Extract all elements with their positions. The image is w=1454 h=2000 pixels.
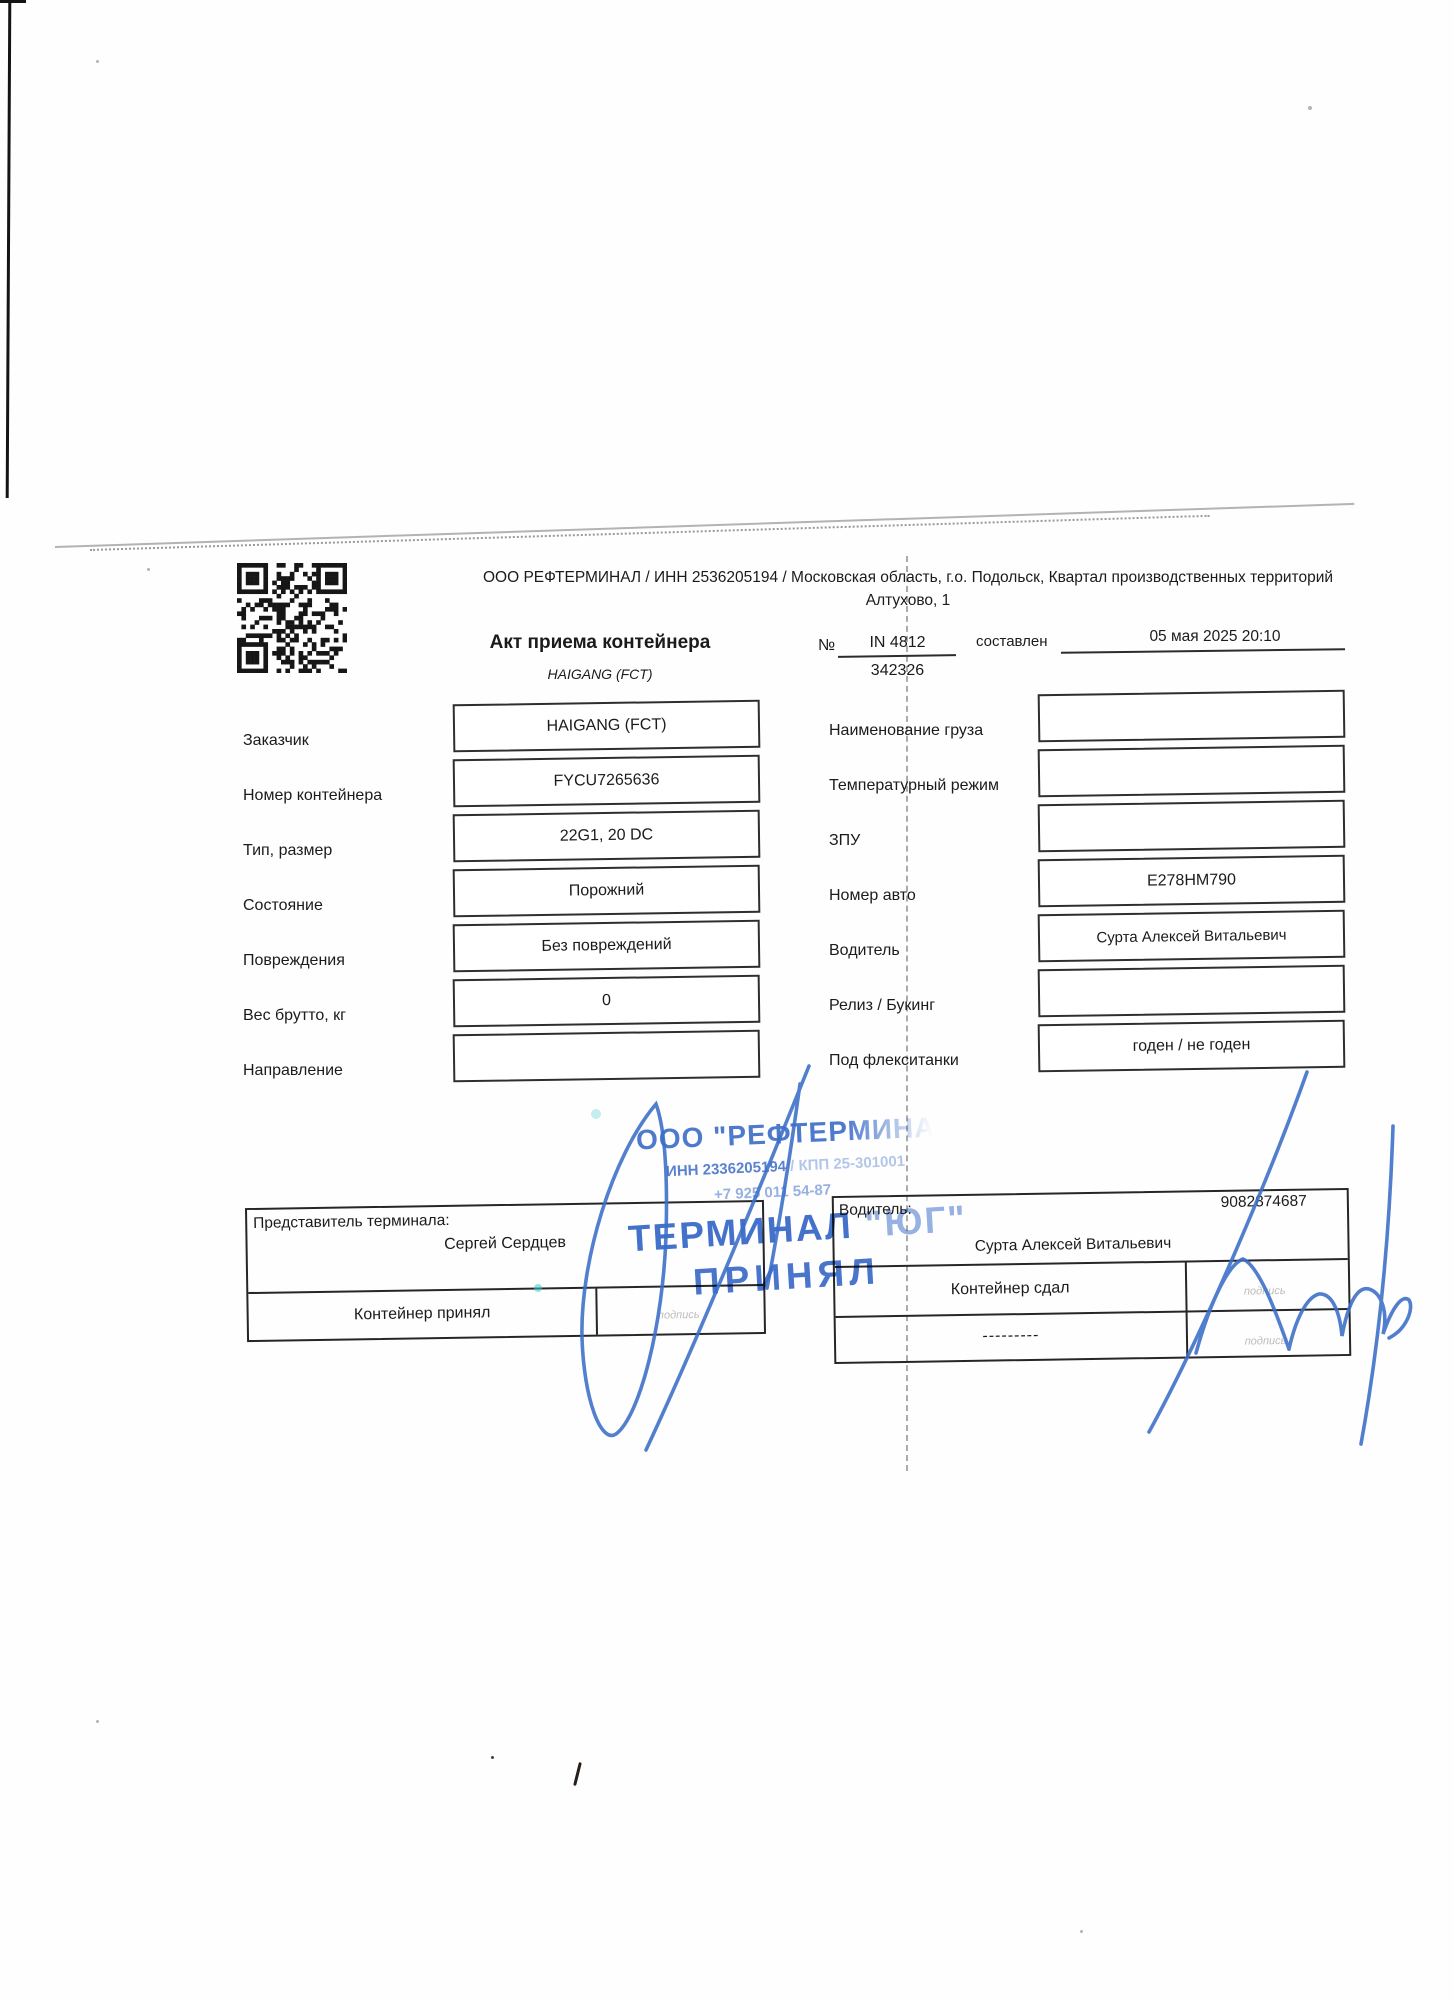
qr-code-icon [237, 563, 347, 673]
field-box-release-booking [1038, 965, 1346, 1018]
field-value-condition: Порожний [569, 881, 645, 900]
scan-edge-line [6, 0, 12, 498]
stray-ink-dot [491, 1756, 494, 1759]
stamp-phone: +7 925 011 54-87 [714, 1181, 832, 1203]
company-header-line2: Алтухово, 1 [462, 589, 1354, 612]
field-box-flexitank: годен / не годен [1038, 1020, 1346, 1073]
stamp-inn: ИНН 2336205194 [666, 1158, 787, 1180]
field-value-damages: Без повреждений [541, 936, 671, 956]
field-label-type-size: Тип, размер [243, 842, 332, 860]
field-label-temperature-mode: Температурный режим [829, 777, 999, 795]
composed-label: составлен [976, 633, 1048, 650]
dust-speck [147, 568, 150, 571]
field-label-driver: Водитель [829, 942, 900, 960]
stamp-terminal-yug: "ЮГ" [864, 1198, 969, 1245]
doc-number-value: IN 4812 [840, 634, 955, 652]
field-box-gross-weight: 0 [453, 975, 761, 1028]
field-box-seal [1038, 800, 1346, 853]
field-value-flexitank: годен / не годен [1133, 1036, 1251, 1056]
field-box-customer: HAIGANG (FCT) [453, 700, 761, 753]
dust-speck [1080, 1930, 1083, 1933]
driver-signature-stroke-4 [1361, 1126, 1393, 1444]
field-label-seal: ЗПУ [829, 832, 860, 850]
driver-signature-hint-2: подпись [1188, 1334, 1343, 1348]
field-box-container-number: FYCU7265636 [453, 755, 761, 808]
field-value-customer: HAIGANG (FCT) [546, 716, 666, 736]
scanned-document-page: ООО РЕФТЕРМИНАЛ / ИНН 2536205194 / Моско… [0, 0, 1454, 2000]
company-header-line1: ООО РЕФТЕРМИНАЛ / ИНН 2536205194 / Моско… [462, 566, 1354, 589]
field-box-condition: Порожний [453, 865, 761, 918]
dust-speck [96, 60, 99, 63]
terminal-action-cell: Контейнер принял [248, 1289, 596, 1340]
composed-date: 05 мая 2025 20:10 [1072, 628, 1358, 646]
driver-phone: 9082874687 [1221, 1193, 1307, 1212]
terminal-table-header: Представитель терминала: [253, 1212, 450, 1233]
driver-action-cell: Контейнер сдал [835, 1263, 1186, 1316]
field-box-type-size: 22G1, 20 DC [453, 810, 761, 863]
field-label-flexitank: Под флекситанки [829, 1052, 959, 1070]
field-box-direction [453, 1030, 761, 1083]
scan-fold-dotted-line [90, 515, 1210, 551]
doc-number-extra: 342326 [840, 662, 955, 680]
field-label-customer: Заказчик [243, 732, 309, 750]
stamp-inn-kpp: ИНН 2336205194 / КПП 25-301001 [666, 1153, 906, 1180]
field-label-truck-number: Номер авто [829, 887, 916, 905]
field-value-driver: Сурта Алексей Витальевич [1096, 926, 1286, 946]
terminal-signature-hint: подпись [598, 1308, 760, 1323]
field-label-direction: Направление [243, 1062, 343, 1080]
doc-number-underline [838, 654, 956, 658]
field-value-truck-number: Е278НМ790 [1147, 871, 1236, 890]
scan-edge-tick [0, 0, 26, 3]
document-title: Акт приема контейнера [454, 632, 746, 654]
field-value-type-size: 22G1, 20 DC [560, 826, 654, 845]
field-label-damages: Повреждения [243, 952, 345, 970]
company-header: ООО РЕФТЕРМИНАЛ / ИНН 2536205194 / Моско… [462, 566, 1354, 612]
field-box-temperature-mode [1038, 745, 1346, 798]
field-label-condition: Состояние [243, 897, 323, 915]
field-box-truck-number: Е278НМ790 [1038, 855, 1346, 908]
field-box-damages: Без повреждений [453, 920, 761, 973]
dust-speck [1308, 106, 1312, 110]
field-value-gross-weight: 0 [602, 992, 611, 1010]
field-box-driver: Сурта Алексей Витальевич [1038, 910, 1346, 963]
driver-signature-hint-1: подпись [1187, 1284, 1342, 1298]
composed-date-underline [1061, 648, 1345, 653]
field-label-gross-weight: Вес брутто, кг [243, 1007, 346, 1025]
field-label-cargo-name: Наименование груза [829, 722, 983, 740]
field-label-release-booking: Релиз / Букинг [829, 997, 935, 1015]
scan-fold-line [55, 503, 1354, 548]
field-box-cargo-name [1038, 690, 1346, 743]
stray-ink-mark [573, 1762, 582, 1786]
document-subtitle: HAIGANG (FCT) [454, 666, 746, 682]
field-value-container-number: FYCU7265636 [553, 771, 659, 791]
teal-ink-dot-2 [591, 1109, 601, 1119]
field-label-container-number: Номер контейнера [243, 787, 382, 805]
dust-speck [96, 1720, 99, 1723]
stamp-kpp: / КПП 25-301001 [790, 1153, 906, 1175]
stamp-company-name: ООО "РЕФТЕРМИНА [635, 1111, 936, 1156]
doc-number-label: № [818, 637, 835, 655]
driver-dashes-cell: --------- [836, 1313, 1187, 1360]
